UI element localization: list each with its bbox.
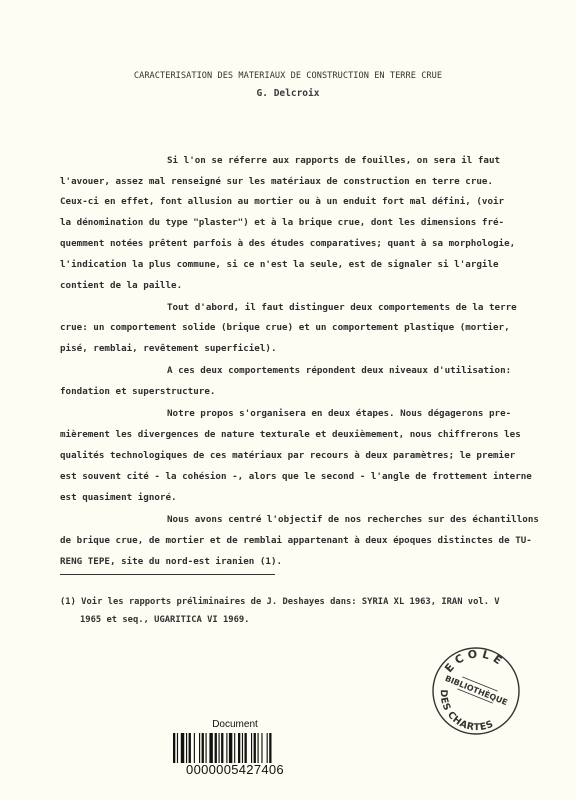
body-line: Ceux-ci en effet, font allusion au morti… xyxy=(60,196,504,207)
body-line: fondation et superstructure. xyxy=(60,386,215,397)
body-line: contient de la paille. xyxy=(60,280,182,291)
body-line: quemment notées prêtent parfois à des ét… xyxy=(60,238,515,249)
document-author: G. Delcroix xyxy=(0,88,576,99)
footnote-separator xyxy=(60,574,275,575)
footnote-line-1: (1) Voir les rapports préliminaires de J… xyxy=(60,597,500,608)
library-stamp-icon: ECOLE DES CHARTES BIBLIOTHÈQUE xyxy=(430,645,522,737)
body-line: Tout d'abord, il faut distinguer deux co… xyxy=(167,302,517,313)
body-line: Si l'on se réferre aux rapports de fouil… xyxy=(167,155,500,166)
body-line: de brique crue, de mortier et de remblai… xyxy=(60,535,532,546)
body-line: A ces deux comportements répondent deux … xyxy=(167,365,511,376)
body-line: RENG TEPE, site du nord-est iranien (1). xyxy=(60,556,282,567)
body-line: la dénomination du type "plaster") et à … xyxy=(60,217,504,228)
body-line: Notre propos s'organisera en deux étapes… xyxy=(167,408,511,419)
document-title: CARACTERISATION DES MATERIAUX DE CONSTRU… xyxy=(0,71,576,81)
body-line: crue: un comportement solide (brique cru… xyxy=(60,322,510,333)
body-line: pisé, remblai, revêtement superficiel). xyxy=(60,343,277,354)
footnote-line-2: 1965 et seq., UGARITICA VI 1969. xyxy=(80,615,249,626)
svg-text:ECOLE: ECOLE xyxy=(442,647,507,675)
body-line: l'avouer, assez mal renseigné sur les ma… xyxy=(60,176,493,187)
barcode-label: Document xyxy=(160,719,310,730)
stamp-top-text: ECOLE xyxy=(442,647,507,675)
body-line: est quasiment ignoré. xyxy=(60,492,177,503)
body-line: qualités technologiques de ces matériaux… xyxy=(60,450,515,461)
body-line: mièrement les divergences de nature text… xyxy=(60,429,521,440)
body-line: l'indication la plus commune, si ce n'es… xyxy=(60,259,499,270)
body-line: est souvent cité - la cohésion -, alors … xyxy=(60,471,532,482)
barcode-number: 0000005427406 xyxy=(160,762,310,777)
stamp-center-text: BIBLIOTHÈQUE xyxy=(444,672,510,707)
body-line: Nous avons centré l'objectif de nos rech… xyxy=(167,514,539,525)
barcode-icon xyxy=(173,733,297,763)
document-page: CARACTERISATION DES MATERIAUX DE CONSTRU… xyxy=(0,0,576,800)
